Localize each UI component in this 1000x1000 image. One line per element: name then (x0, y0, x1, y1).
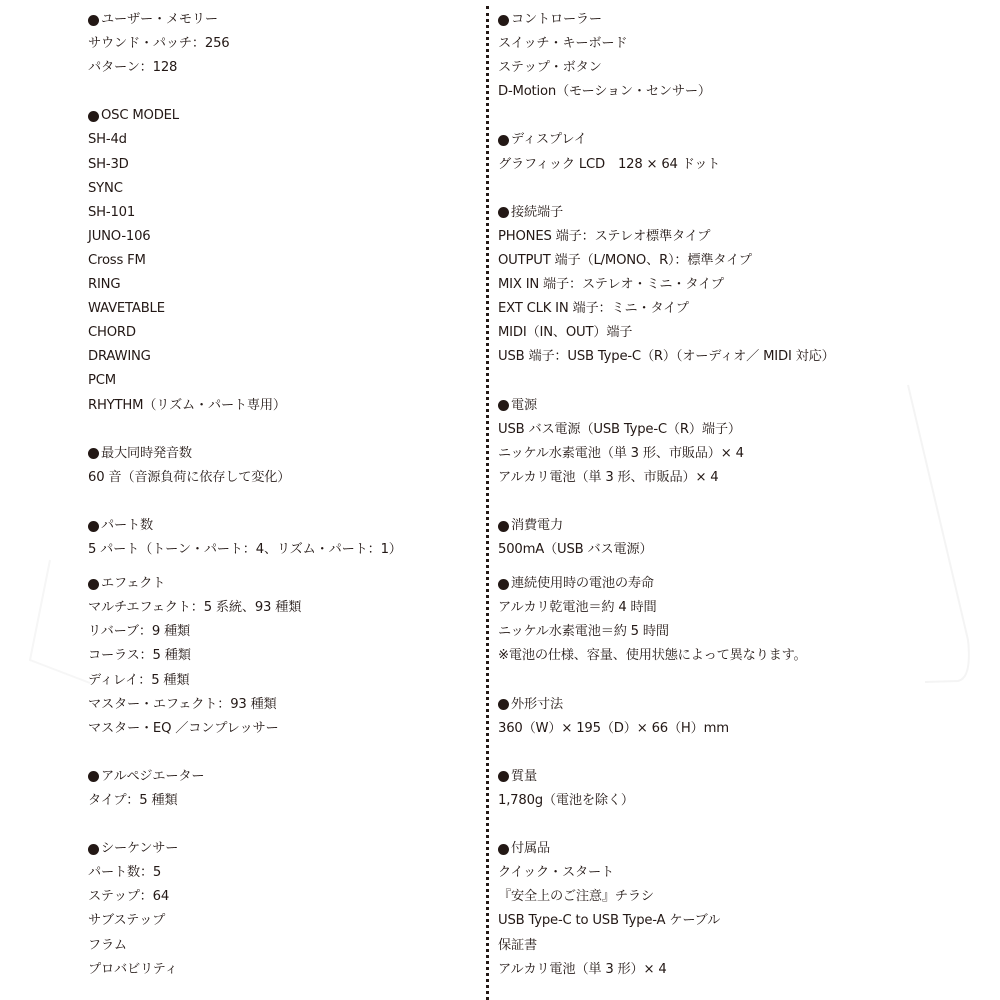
spec-item: PHONES 端子：ステレオ標準タイプ (498, 225, 918, 249)
spec-section-polyphony: 最大同時発音数 60 音（音源負荷に依存して変化） (88, 442, 478, 514)
bullet-icon (498, 844, 509, 855)
section-heading: OSC MODEL (88, 104, 478, 128)
bullet-icon (88, 448, 99, 459)
spec-item: ※電池の仕様、容量、使用状態によって異なります。 (498, 644, 918, 668)
bullet-icon (498, 135, 509, 146)
spec-section-osc-model: OSC MODEL SH-4d SH-3D SYNC SH-101 JUNO-1… (88, 104, 478, 441)
spec-item: マスター・EQ ／コンプレッサー (88, 717, 478, 741)
spec-item: OUTPUT 端子（L/MONO、R）：標準タイプ (498, 249, 918, 273)
spec-item: MIDI（IN、OUT）端子 (498, 321, 918, 345)
bullet-icon (88, 111, 99, 122)
spec-item: 500mA（USB バス電源） (498, 538, 918, 562)
section-title: ディスプレイ (511, 128, 587, 152)
bullet-icon (498, 15, 509, 26)
spec-item: SH-3D (88, 153, 478, 177)
section-title: ユーザー・メモリー (101, 8, 218, 32)
spec-item: リバーブ：9 種類 (88, 620, 478, 644)
spec-section-sequencer: シーケンサー パート数：5 ステップ：64 サブステップ フラム プロバビリティ (88, 837, 478, 982)
section-heading: ディスプレイ (498, 128, 918, 152)
spec-section-user-memory: ユーザー・メモリー サウンド・パッチ：256 パターン：128 (88, 8, 478, 104)
section-heading: 外形寸法 (498, 693, 918, 717)
spec-item: MIX IN 端子：ステレオ・ミニ・タイプ (498, 273, 918, 297)
section-title: OSC MODEL (101, 104, 179, 128)
section-heading: 接続端子 (498, 201, 918, 225)
section-heading: アルペジエーター (88, 765, 478, 789)
spec-section-battery-life: 連続使用時の電池の寿命 アルカリ乾電池＝約 4 時間 ニッケル水素電池＝約 5 … (498, 572, 918, 692)
spec-item: CHORD (88, 321, 478, 345)
bullet-icon (88, 771, 99, 782)
spec-item: RHYTHM（リズム・パート専用） (88, 394, 478, 418)
spec-item: クイック・スタート (498, 861, 918, 885)
spec-item: RING (88, 273, 478, 297)
section-heading: ユーザー・メモリー (88, 8, 478, 32)
spec-item: EXT CLK IN 端子：ミニ・タイプ (498, 297, 918, 321)
spec-item: JUNO-106 (88, 225, 478, 249)
spec-section-dimensions: 外形寸法 360（W）× 195（D）× 66（H）mm (498, 693, 918, 765)
spec-section-effects: エフェクト マルチエフェクト：5 系統、93 種類 リバーブ：9 種類 コーラス… (88, 572, 478, 765)
bullet-icon (88, 521, 99, 532)
section-title: シーケンサー (101, 837, 178, 861)
spec-item: PCM (88, 369, 478, 393)
spec-item: タイプ：5 種類 (88, 789, 478, 813)
spec-item: USB 端子：USB Type-C（R）（オーディオ／ MIDI 対応） (498, 345, 918, 369)
spec-section-arpeggiator: アルペジエーター タイプ：5 種類 (88, 765, 478, 837)
spec-item: マルチエフェクト：5 系統、93 種類 (88, 596, 478, 620)
spec-item: 5 パート（トーン・パート：4、リズム・パート：1） (88, 538, 478, 562)
spec-item: スイッチ・キーボード (498, 32, 918, 56)
spec-item: WAVETABLE (88, 297, 478, 321)
section-title: 接続端子 (511, 201, 563, 225)
section-heading: パート数 (88, 514, 478, 538)
bullet-icon (498, 579, 509, 590)
spec-item: ステップ：64 (88, 885, 478, 909)
spec-item: サブステップ (88, 909, 478, 933)
section-title: コントローラー (511, 8, 602, 32)
spec-section-controller: コントローラー スイッチ・キーボード ステップ・ボタン D-Motion（モーシ… (498, 8, 918, 128)
spec-item: ステップ・ボタン (498, 56, 918, 80)
section-title: アルペジエーター (101, 765, 204, 789)
spec-item: マスター・エフェクト：93 種類 (88, 693, 478, 717)
spec-section-weight: 質量 1,780g（電池を除く） (498, 765, 918, 837)
spec-item: SYNC (88, 177, 478, 201)
section-heading: 質量 (498, 765, 918, 789)
section-heading: 最大同時発音数 (88, 442, 478, 466)
spec-item: ニッケル水素電池＝約 5 時間 (498, 620, 918, 644)
section-title: 付属品 (511, 837, 550, 861)
spec-item: アルカリ電池（単 3 形）× 4 (498, 958, 918, 982)
spec-section-power-supply: 電源 USB バス電源（USB Type-C（R）端子） ニッケル水素電池（単 … (498, 394, 918, 514)
spec-item: フラム (88, 934, 478, 958)
spec-item: 60 音（音源負荷に依存して変化） (88, 466, 478, 490)
spec-section-parts: パート数 5 パート（トーン・パート：4、リズム・パート：1） (88, 514, 478, 572)
section-title: 最大同時発音数 (101, 442, 192, 466)
spec-item: アルカリ電池（単 3 形、市販品）× 4 (498, 466, 918, 490)
spec-item: ディレイ：5 種類 (88, 669, 478, 693)
spec-item: グラフィック LCD 128 × 64 ドット (498, 153, 918, 177)
spec-section-display: ディスプレイ グラフィック LCD 128 × 64 ドット (498, 128, 918, 200)
spec-section-connectors: 接続端子 PHONES 端子：ステレオ標準タイプ OUTPUT 端子（L/MON… (498, 201, 918, 394)
spec-item: プロバビリティ (88, 958, 478, 982)
bullet-icon (498, 400, 509, 411)
section-title: 外形寸法 (511, 693, 563, 717)
spec-column-right: コントローラー スイッチ・キーボード ステップ・ボタン D-Motion（モーシ… (498, 8, 918, 982)
section-heading: シーケンサー (88, 837, 478, 861)
bullet-icon (88, 844, 99, 855)
spec-item: アルカリ乾電池＝約 4 時間 (498, 596, 918, 620)
section-heading: 消費電力 (498, 514, 918, 538)
spec-item: コーラス：5 種類 (88, 644, 478, 668)
section-heading: 電源 (498, 394, 918, 418)
section-heading: エフェクト (88, 572, 478, 596)
spec-item: USB Type-C to USB Type-A ケーブル (498, 909, 918, 933)
section-title: 質量 (511, 765, 537, 789)
spec-item: ニッケル水素電池（単 3 形、市販品）× 4 (498, 442, 918, 466)
section-heading: コントローラー (498, 8, 918, 32)
section-title: エフェクト (101, 572, 165, 596)
spec-item: DRAWING (88, 345, 478, 369)
spec-item: 保証書 (498, 934, 918, 958)
section-title: パート数 (101, 514, 153, 538)
spec-item: サウンド・パッチ：256 (88, 32, 478, 56)
spec-item: USB バス電源（USB Type-C（R）端子） (498, 418, 918, 442)
spec-column-left: ユーザー・メモリー サウンド・パッチ：256 パターン：128 OSC MODE… (88, 8, 478, 982)
section-title: 連続使用時の電池の寿命 (511, 572, 654, 596)
column-divider (486, 6, 489, 1000)
section-title: 消費電力 (511, 514, 563, 538)
bullet-icon (498, 771, 509, 782)
spec-item: Cross FM (88, 249, 478, 273)
spec-item: SH-4d (88, 128, 478, 152)
spec-item: パート数：5 (88, 861, 478, 885)
spec-item: D-Motion（モーション・センサー） (498, 80, 918, 104)
spec-item: 1,780g（電池を除く） (498, 789, 918, 813)
spec-item: SH-101 (88, 201, 478, 225)
section-heading: 連続使用時の電池の寿命 (498, 572, 918, 596)
bullet-icon (498, 521, 509, 532)
spec-item: 『安全上のご注意』チラシ (498, 885, 918, 909)
section-heading: 付属品 (498, 837, 918, 861)
section-title: 電源 (511, 394, 537, 418)
spec-item: パターン：128 (88, 56, 478, 80)
bullet-icon (498, 207, 509, 218)
bullet-icon (88, 15, 99, 26)
spec-section-accessories: 付属品 クイック・スタート 『安全上のご注意』チラシ USB Type-C to… (498, 837, 918, 982)
spec-section-current-draw: 消費電力 500mA（USB バス電源） (498, 514, 918, 572)
bullet-icon (88, 579, 99, 590)
spec-item: 360（W）× 195（D）× 66（H）mm (498, 717, 918, 741)
bullet-icon (498, 699, 509, 710)
